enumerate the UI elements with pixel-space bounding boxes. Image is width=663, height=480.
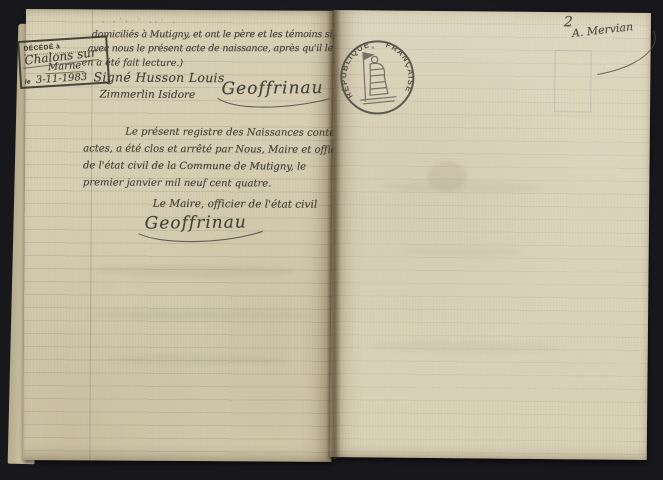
ink-bleed xyxy=(104,354,284,365)
signatory-husson: Signé Husson Louis xyxy=(94,69,225,85)
corner-signature-flourish xyxy=(595,29,657,80)
signatory-zimmerlin: Zimmerlin Isidore xyxy=(99,88,195,101)
deceased-date: 3-11-1983 xyxy=(36,72,88,86)
ink-bleed xyxy=(402,246,522,257)
right-page: RÉPUBLIQUE FRANÇAISE * 2 A. Mervian xyxy=(330,10,651,460)
ink-bleed xyxy=(371,340,561,354)
republique-francaise-seal: RÉPUBLIQUE FRANÇAISE * xyxy=(335,35,420,120)
closure-line-2: actes, a été clos et arrêté par Nous, Ma… xyxy=(83,143,350,156)
ink-bleed xyxy=(94,264,294,277)
book-gutter xyxy=(327,9,341,459)
act-line-1: domiciliés à Mutigny, et ont le père et … xyxy=(92,29,350,40)
left-page: · ·˙· ˙ ··˙ · DÉCÉDÉ à Chalons sur Marne… xyxy=(23,9,334,462)
pencil-marks: · ·˙· ˙ ··˙ · xyxy=(102,17,178,26)
closure-line-3: de l'état civil de la Commune de Mutigny… xyxy=(83,160,306,172)
stamp-bleed-through xyxy=(554,50,592,112)
deceased-date-row: le 3-11-1983 xyxy=(24,72,87,87)
signature-flourish xyxy=(137,228,267,247)
act-line-2: avec nous le présent acte de naissance, … xyxy=(88,43,344,54)
seal-ornament: * xyxy=(371,46,375,53)
ink-bleed xyxy=(84,309,314,320)
signature-flourish xyxy=(215,94,333,113)
paper-stain xyxy=(427,161,467,191)
closure-line-4: premier janvier mil neuf cent quatre. xyxy=(83,177,272,189)
scanned-register-spread: · ·˙· ˙ ··˙ · DÉCÉDÉ à Chalons sur Marne… xyxy=(0,0,663,480)
act-line-3: en a été fait lecture.) xyxy=(82,57,183,69)
deceased-le-label: le xyxy=(25,79,31,85)
marianne-figure xyxy=(356,50,397,104)
officiant-line: Le Maire, officier de l'état civil xyxy=(153,198,317,211)
